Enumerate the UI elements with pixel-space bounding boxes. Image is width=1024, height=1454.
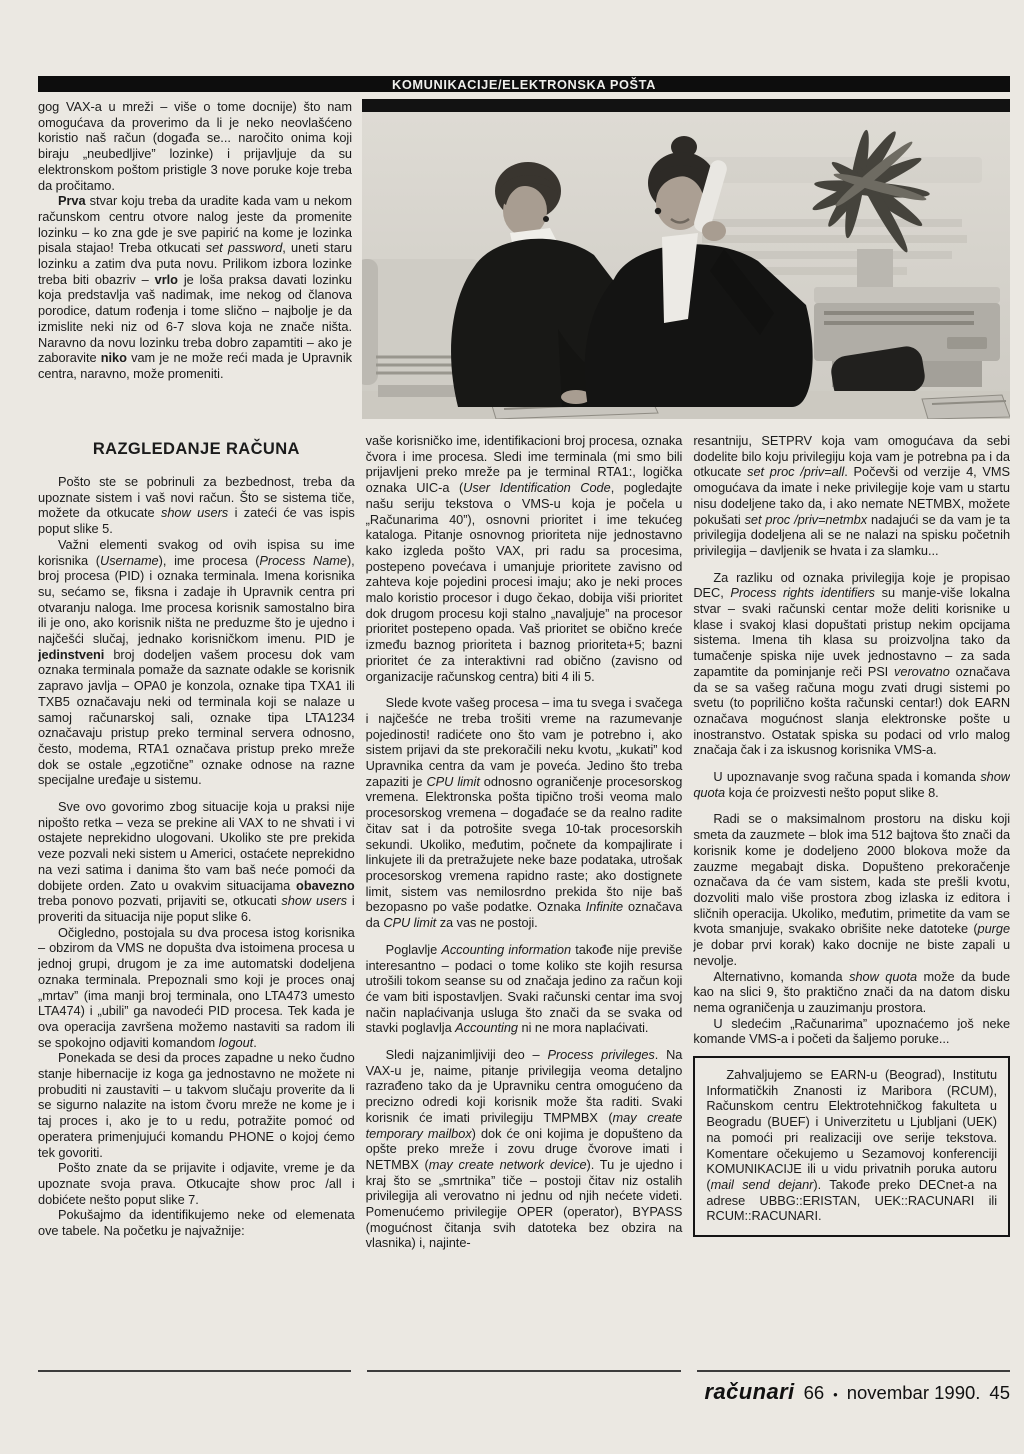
paragraph: Ponekada se desi da proces zapadne u nek… <box>38 1050 355 1160</box>
text-run: Pošto znate da se prijavite i odjavite, … <box>38 1160 355 1206</box>
text-run: niko <box>101 350 127 365</box>
text-run: broj dodeljen vašem procesu dok vam ozna… <box>38 647 355 788</box>
paragraph: resantniju, SETPRV koja vam omogućava da… <box>693 433 1010 559</box>
text-run: Poglavlje <box>386 942 442 957</box>
text-run: set proc /priv=netmbx <box>745 512 868 527</box>
magazine-name: računari <box>705 1379 795 1405</box>
text-run: Prva <box>58 193 86 208</box>
page-footer: računari 66 • novembar 1990. 45 <box>38 1379 1010 1405</box>
paragraph: Radi se o maksimalnom prostoru na disku … <box>693 811 1010 968</box>
section-header-bar: KOMUNIKACIJE/ELEKTRONSKA POŠTA <box>38 76 1010 92</box>
text-run: Process Name <box>259 553 347 568</box>
text-run: Alternativno, komanda <box>713 969 849 984</box>
paragraph: Alternativno, komanda show quota može da… <box>693 969 1010 1016</box>
text-run: CPU limit <box>383 915 436 930</box>
text-run: purge <box>978 921 1010 936</box>
paragraph: Pokušajmo da identifikujemo neke od elem… <box>38 1207 355 1238</box>
text-run: set proc /priv=all <box>747 464 844 479</box>
article-columns: RAZGLEDANJE RAČUNA Pošto ste se pobrinul… <box>38 433 1010 1361</box>
paragraph: Pošto ste se pobrinuli za bezbednost, tr… <box>38 474 355 537</box>
text-run: Infinite <box>586 899 623 914</box>
text-run: Accounting <box>455 1020 518 1035</box>
keyboard-right <box>922 395 1010 419</box>
text-run: Username <box>100 553 159 568</box>
paragraph: Očigledno, postojala su dva procesa isto… <box>38 925 355 1051</box>
text-run: jedinstveni <box>38 647 104 662</box>
text-run: show users <box>281 893 347 908</box>
text-run: gog VAX-a u mreži – više o tome docnije)… <box>38 99 352 193</box>
text-run: may create network device <box>429 1157 587 1172</box>
text-run: ), ime procesa ( <box>159 553 260 568</box>
office-photo-illustration <box>362 99 1010 419</box>
text-run: , pogledajte našu seriju tekstova o VMS-… <box>366 480 683 683</box>
office-photo <box>362 99 1010 419</box>
section-heading: RAZGLEDANJE RAČUNA <box>38 440 355 459</box>
text-run: koja će proizvesti nešto poput slike 8. <box>725 785 939 800</box>
paragraph: Sve ovo govorimo zbog situacije koja u p… <box>38 799 355 925</box>
paragraph: gog VAX-a u mreži – više o tome docnije)… <box>38 99 352 193</box>
paragraph: Poglavlje Accounting information takođe … <box>366 942 683 1036</box>
text-run: set password <box>206 240 283 255</box>
top-row: gog VAX-a u mreži – više o tome docnije)… <box>38 99 1010 419</box>
magazine-page: KOMUNIKACIJE/ELEKTRONSKA POŠTA gog VAX-a… <box>0 0 1024 1454</box>
text-run: U sledećim „Računarima” upoznaćemo još n… <box>693 1016 1010 1047</box>
acknowledgment-text: Zahvaljujemo se EARN-u (Beograd), Instit… <box>706 1067 997 1224</box>
footer-rule-segment <box>367 1370 680 1372</box>
footer-bullet: • <box>833 1387 838 1402</box>
text-run: Pokušajmo da identifikujemo neke od elem… <box>38 1207 355 1238</box>
column-2-text: vaše korisničko ime, identifikacioni bro… <box>366 433 683 1251</box>
footer-rule-segment <box>697 1370 1010 1372</box>
article-column-2: vaše korisničko ime, identifikacioni bro… <box>366 433 683 1361</box>
footer-page-number: 45 <box>989 1382 1010 1404</box>
paragraph: Slede kvote vašeg procesa – ima tu svega… <box>366 695 683 931</box>
article-column-3: resantniju, SETPRV koja vam omogućava da… <box>693 433 1010 1361</box>
text-run: logout <box>219 1035 254 1050</box>
paragraph: Sledi najzanimljiviji deo – Process priv… <box>366 1047 683 1251</box>
photo-top-border <box>362 99 1010 112</box>
text-run: show quota <box>849 969 917 984</box>
text-run: Sledi najzanimljiviji deo – <box>386 1047 548 1062</box>
paragraph: U sledećim „Računarima” upoznaćemo još n… <box>693 1016 1010 1047</box>
text-run: vrlo <box>155 272 178 287</box>
paragraph: Za razliku od oznaka privilegija koje je… <box>693 570 1010 758</box>
text-run: Process privileges <box>547 1047 654 1062</box>
text-run: za vas ne postoji. <box>436 915 537 930</box>
text-run: obavezno <box>296 878 355 893</box>
text-run: je dobar prvi korak) kako docnije ne bis… <box>693 937 1010 968</box>
acknowledgment-box: Zahvaljujemo se EARN-u (Beograd), Instit… <box>693 1056 1010 1237</box>
paragraph: Pošto znate da se prijavite i odjavite, … <box>38 1160 355 1207</box>
paragraph: Važni elementi svakog od ovih ispisa su … <box>38 537 355 788</box>
text-run: CPU limit <box>426 774 479 789</box>
paragraph: Prva stvar koju treba da uradite kada va… <box>38 193 352 381</box>
column-1-text: Pošto ste se pobrinuli za bezbednost, tr… <box>38 474 355 1239</box>
paragraph: U upoznavanje svog računa spada i komand… <box>693 769 1010 800</box>
footer-rule <box>38 1370 1010 1372</box>
text-run: ni ne mora naplaćivati. <box>518 1020 648 1035</box>
text-run: Process rights identifiers <box>730 585 874 600</box>
paragraph: vaše korisničko ime, identifikacioni bro… <box>366 433 683 684</box>
text-run: verovatno <box>894 664 950 679</box>
text-run: Ponekada se desi da proces zapadne u nek… <box>38 1050 355 1159</box>
section-header-label: KOMUNIKACIJE/ELEKTRONSKA POŠTA <box>392 77 656 92</box>
text-run: Radi se o maksimalnom prostoru na disku … <box>693 811 1010 936</box>
footer-date: novembar 1990. <box>847 1382 981 1404</box>
footer-rule-segment <box>38 1370 351 1372</box>
text-run: . <box>253 1035 257 1050</box>
text-run: Očigledno, postojala su dva procesa isto… <box>38 925 355 1050</box>
article-column-1: RAZGLEDANJE RAČUNA Pošto ste se pobrinul… <box>38 433 355 1361</box>
text-run: show users <box>161 505 228 520</box>
column-3-text: resantniju, SETPRV koja vam omogućava da… <box>693 433 1010 1047</box>
text-run: User Identification Code <box>463 480 611 495</box>
text-run: Accounting information <box>441 942 571 957</box>
intro-column: gog VAX-a u mreži – više o tome docnije)… <box>38 99 352 419</box>
issue-number: 66 <box>804 1382 825 1404</box>
text-run: odnosno ograničenje procesorskog vremena… <box>366 774 683 915</box>
text-run: U upoznavanje svog računa spada i komand… <box>713 769 980 784</box>
text-run: Zahvaljujemo se EARN-u (Beograd), Instit… <box>706 1067 997 1192</box>
text-run: mail send dejanr <box>711 1177 814 1192</box>
text-run: treba ponovo pozvati, prijaviti se, otku… <box>38 893 281 908</box>
